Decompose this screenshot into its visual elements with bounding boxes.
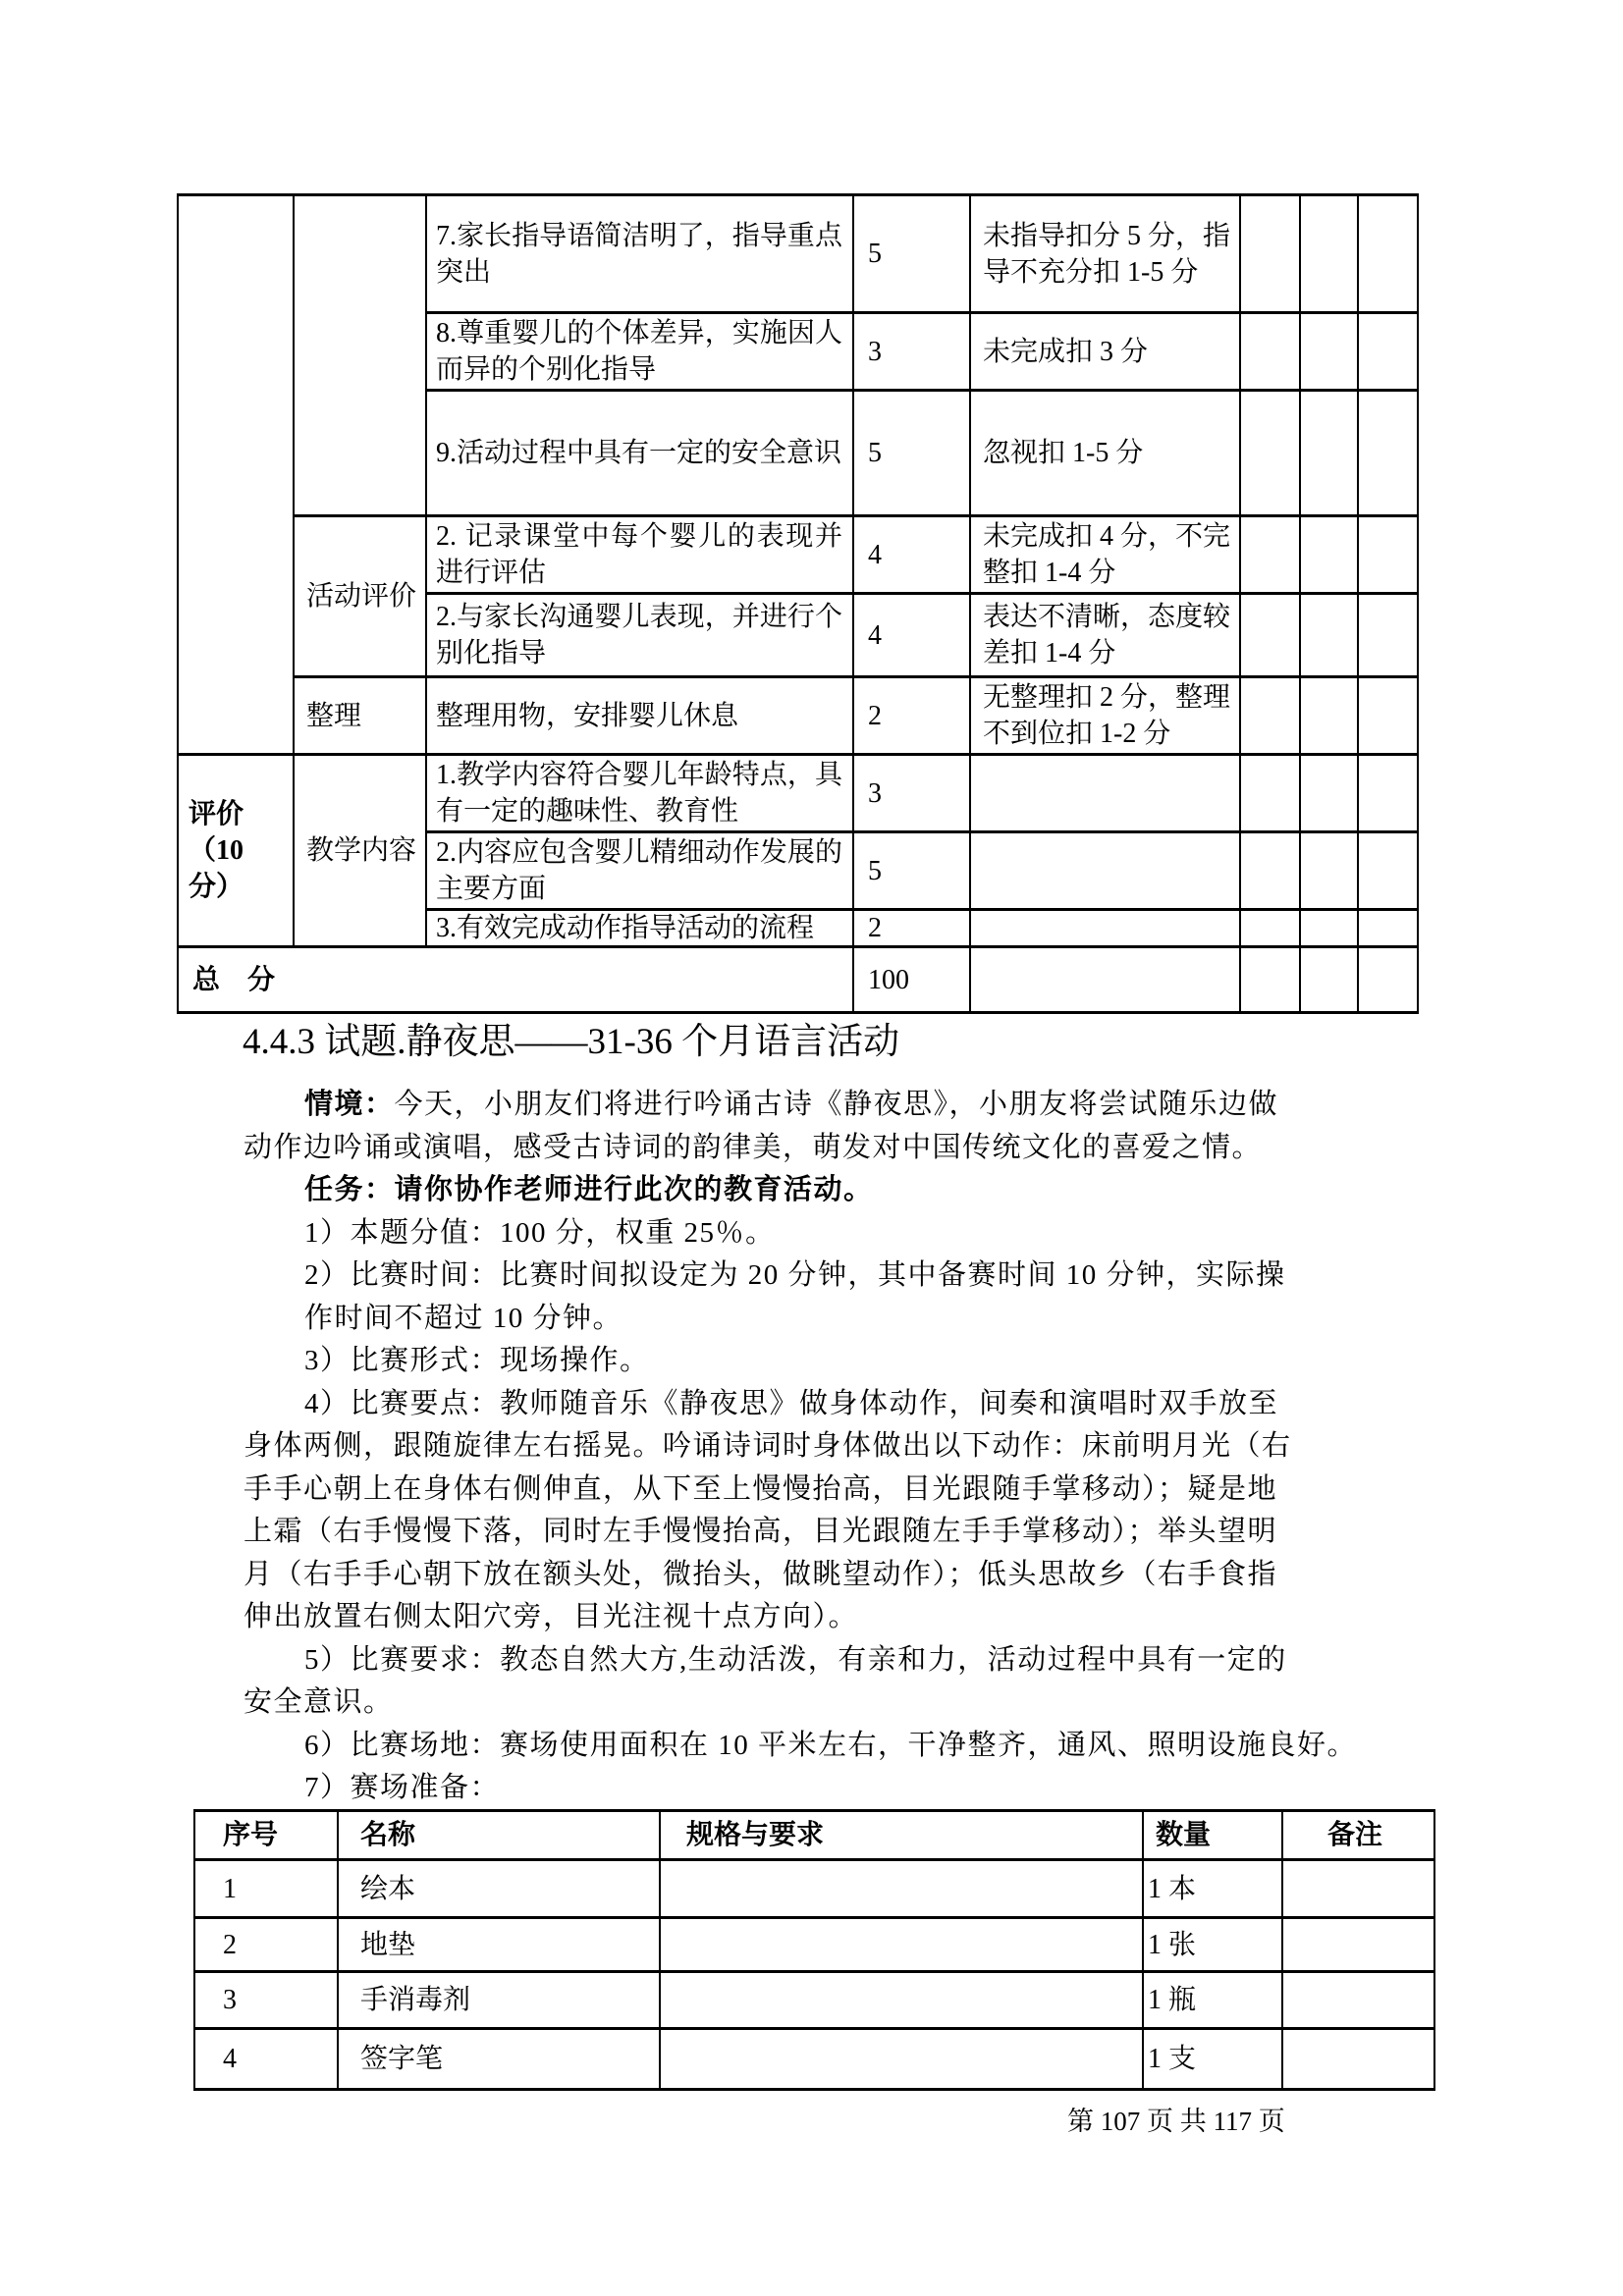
deduction-cell xyxy=(970,755,1240,832)
intro-line: 手手心朝上在身体右侧伸直，从下至上慢慢抬高，目光跟随手掌移动）；疑是地 xyxy=(243,1468,1412,1512)
criteria-cell: 9.活动过程中具有一定的安全意识 xyxy=(426,391,853,516)
criteria-cell: 8.尊重婴儿的个体差异，实施因人而异的个别化指导 xyxy=(426,313,853,391)
blank-cell xyxy=(1358,594,1418,677)
intro-line: 3）比赛形式：现场操作。 xyxy=(243,1340,1412,1383)
table-row: 整理 整理用物，安排婴儿休息 2 无整理扣 2 分，整理不到位扣 1-2 分 xyxy=(178,677,1418,755)
table-row: 活动评价 2. 记录课堂中每个婴儿的表现并进行评估 4 未完成扣 4 分，不完整… xyxy=(178,516,1418,594)
intro-line: 1）本题分值：100 分，权重 25％。 xyxy=(243,1212,1412,1255)
deduction-cell xyxy=(970,832,1240,910)
table-row: 3 手消毒剂 1 瓶 xyxy=(194,1972,1434,2029)
intro-line: 5）比赛要求：教态自然大方,生动活泼，有亲和力，活动过程中具有一定的 xyxy=(243,1639,1412,1682)
score-cell: 4 xyxy=(853,594,970,677)
blank-cell xyxy=(1240,594,1300,677)
no-cell: 2 xyxy=(194,1918,338,1972)
blank-cell xyxy=(1358,195,1418,313)
score-cell: 5 xyxy=(853,832,970,910)
blank-cell xyxy=(1358,832,1418,910)
section-heading: 4.4.3 试题.静夜思——31-36 个月语言活动 xyxy=(243,1017,899,1068)
blank-cell xyxy=(1300,516,1358,594)
header-qty: 数量 xyxy=(1143,1811,1282,1860)
blank-cell xyxy=(1240,313,1300,391)
header-spec: 规格与要求 xyxy=(660,1811,1143,1860)
group-cell-tidy: 整理 xyxy=(294,677,426,755)
blank-cell xyxy=(1300,195,1358,313)
blank-cell xyxy=(1300,313,1358,391)
note-cell xyxy=(1282,2029,1434,2090)
blank-cell xyxy=(1240,947,1300,1013)
blank-cell xyxy=(1358,677,1418,755)
table-row: 7.家长指导语简洁明了，指导重点突出 5 未指导扣分 5 分，指导不充分扣 1-… xyxy=(178,195,1418,313)
table-header-row: 序号 名称 规格与要求 数量 备注 xyxy=(194,1811,1434,1860)
no-cell: 1 xyxy=(194,1860,338,1918)
score-cell: 5 xyxy=(853,195,970,313)
blank-cell xyxy=(1240,677,1300,755)
score-cell: 4 xyxy=(853,516,970,594)
deduction-cell: 忽视扣 1-5 分 xyxy=(970,391,1240,516)
blank-cell xyxy=(1300,910,1358,947)
deduction-cell: 未完成扣 3 分 xyxy=(970,313,1240,391)
blank-cell xyxy=(1300,594,1358,677)
table-row: 1 绘本 1 本 xyxy=(194,1860,1434,1918)
intro-line: 情境：今天，小朋友们将进行吟诵古诗《静夜思》，小朋友将尝试随乐边做 xyxy=(243,1084,1412,1127)
name-cell: 签字笔 xyxy=(338,2029,660,2090)
total-label-cell: 总 分 xyxy=(178,947,853,1013)
header-note: 备注 xyxy=(1282,1811,1434,1860)
blank-cell xyxy=(1358,313,1418,391)
criteria-cell: 3.有效完成动作指导活动的流程 xyxy=(426,910,853,947)
intro-line: 伸出放置右侧太阳穴旁，目光注视十点方向）。 xyxy=(243,1596,1412,1639)
criteria-cell: 2.与家长沟通婴儿表现，并进行个别化指导 xyxy=(426,594,853,677)
category-cell-evaluation: 评价 （10 分） xyxy=(178,755,294,947)
criteria-cell: 2. 记录课堂中每个婴儿的表现并进行评估 xyxy=(426,516,853,594)
note-cell xyxy=(1282,1860,1434,1918)
note-cell xyxy=(1282,1918,1434,1972)
intro-line: 月（右手手心朝下放在额头处，微抬头，做眺望动作）；低头思故乡（右手食指 xyxy=(243,1554,1412,1597)
category-cell-empty xyxy=(178,195,294,755)
intro-line: 4）比赛要点：教师随音乐《静夜思》做身体动作，间奏和演唱时双手放至 xyxy=(243,1383,1412,1426)
group-cell-teaching-content: 教学内容 xyxy=(294,755,426,947)
name-cell: 绘本 xyxy=(338,1860,660,1918)
deduction-cell: 未完成扣 4 分，不完整扣 1-4 分 xyxy=(970,516,1240,594)
qty-cell: 1 支 xyxy=(1143,2029,1282,2090)
deduction-cell: 未指导扣分 5 分，指导不充分扣 1-5 分 xyxy=(970,195,1240,313)
table-row: 评价 （10 分） 教学内容 1.教学内容符合婴儿年龄特点，具有一定的趣味性、教… xyxy=(178,755,1418,832)
criteria-cell: 1.教学内容符合婴儿年龄特点，具有一定的趣味性、教育性 xyxy=(426,755,853,832)
name-cell: 地垫 xyxy=(338,1918,660,1972)
blank-cell xyxy=(1300,947,1358,1013)
spec-cell xyxy=(660,1972,1143,2029)
score-cell: 3 xyxy=(853,313,970,391)
intro-line: 动作边吟诵或演唱，感受古诗词的韵律美，萌发对中国传统文化的喜爱之情。 xyxy=(243,1127,1412,1170)
blank-cell xyxy=(1240,832,1300,910)
intro-line: 身体两侧，跟随旋律左右摇晃。吟诵诗词时身体做出以下动作：床前明月光（右 xyxy=(243,1425,1412,1468)
blank-cell xyxy=(1240,516,1300,594)
table-row: 4 签字笔 1 支 xyxy=(194,2029,1434,2090)
blank-cell xyxy=(1300,391,1358,516)
intro-line: 2）比赛时间：比赛时间拟设定为 20 分钟，其中备赛时间 10 分钟，实际操 xyxy=(243,1255,1412,1298)
table-row: 2 地垫 1 张 xyxy=(194,1918,1434,1972)
blank-cell xyxy=(1300,832,1358,910)
intro-line: 任务：请你协作老师进行此次的教育活动。 xyxy=(243,1169,1412,1212)
header-name: 名称 xyxy=(338,1811,660,1860)
score-cell: 2 xyxy=(853,910,970,947)
qty-cell: 1 本 xyxy=(1143,1860,1282,1918)
blank-cell xyxy=(1358,516,1418,594)
blank-cell xyxy=(1240,391,1300,516)
intro-text: 情境：今天，小朋友们将进行吟诵古诗《静夜思》，小朋友将尝试随乐边做 动作边吟诵或… xyxy=(243,1084,1412,1810)
page-footer: 第 107 页 共 117 页 xyxy=(1067,2100,1285,2138)
venue-prep-table: 序号 名称 规格与要求 数量 备注 1 绘本 1 本 2 地垫 1 张 3 手消… xyxy=(193,1809,1435,2091)
intro-line: 安全意识。 xyxy=(243,1682,1412,1725)
total-score-cell: 100 xyxy=(853,947,970,1013)
spec-cell xyxy=(660,1860,1143,1918)
criteria-cell: 2.内容应包含婴儿精细动作发展的主要方面 xyxy=(426,832,853,910)
blank-cell xyxy=(1240,755,1300,832)
score-cell: 3 xyxy=(853,755,970,832)
deduction-cell xyxy=(970,910,1240,947)
criteria-cell: 7.家长指导语简洁明了，指导重点突出 xyxy=(426,195,853,313)
qty-cell: 1 张 xyxy=(1143,1918,1282,1972)
criteria-cell: 整理用物，安排婴儿休息 xyxy=(426,677,853,755)
group-cell-empty xyxy=(294,195,426,516)
intro-line: 上霜（右手慢慢下落，同时左手慢慢抬高，目光跟随左手手掌移动）；举头望明 xyxy=(243,1511,1412,1554)
note-cell xyxy=(1282,1972,1434,2029)
intro-line: 7）赛场准备： xyxy=(243,1767,1412,1810)
blank-cell xyxy=(1358,947,1418,1013)
blank-cell xyxy=(1358,910,1418,947)
deduction-cell xyxy=(970,947,1240,1013)
blank-cell xyxy=(1358,755,1418,832)
qty-cell: 1 瓶 xyxy=(1143,1972,1282,2029)
intro-line: 作时间不超过 10 分钟。 xyxy=(243,1298,1412,1341)
no-cell: 4 xyxy=(194,2029,338,2090)
intro-line: 6）比赛场地：赛场使用面积在 10 平米左右，干净整齐，通风、照明设施良好。 xyxy=(243,1725,1412,1768)
spec-cell xyxy=(660,2029,1143,2090)
group-cell-activity-eval: 活动评价 xyxy=(294,516,426,677)
header-no: 序号 xyxy=(194,1811,338,1860)
blank-cell xyxy=(1240,195,1300,313)
assessment-score-table: 7.家长指导语简洁明了，指导重点突出 5 未指导扣分 5 分，指导不充分扣 1-… xyxy=(177,193,1419,1014)
table-row-total: 总 分 100 xyxy=(178,947,1418,1013)
score-cell: 5 xyxy=(853,391,970,516)
blank-cell xyxy=(1358,391,1418,516)
no-cell: 3 xyxy=(194,1972,338,2029)
deduction-cell: 无整理扣 2 分，整理不到位扣 1-2 分 xyxy=(970,677,1240,755)
document-page: 7.家长指导语简洁明了，指导重点突出 5 未指导扣分 5 分，指导不充分扣 1-… xyxy=(0,0,1623,2296)
name-cell: 手消毒剂 xyxy=(338,1972,660,2029)
score-cell: 2 xyxy=(853,677,970,755)
spec-cell xyxy=(660,1918,1143,1972)
blank-cell xyxy=(1240,910,1300,947)
blank-cell xyxy=(1300,755,1358,832)
deduction-cell: 表达不清晰，态度较差扣 1-4 分 xyxy=(970,594,1240,677)
blank-cell xyxy=(1300,677,1358,755)
